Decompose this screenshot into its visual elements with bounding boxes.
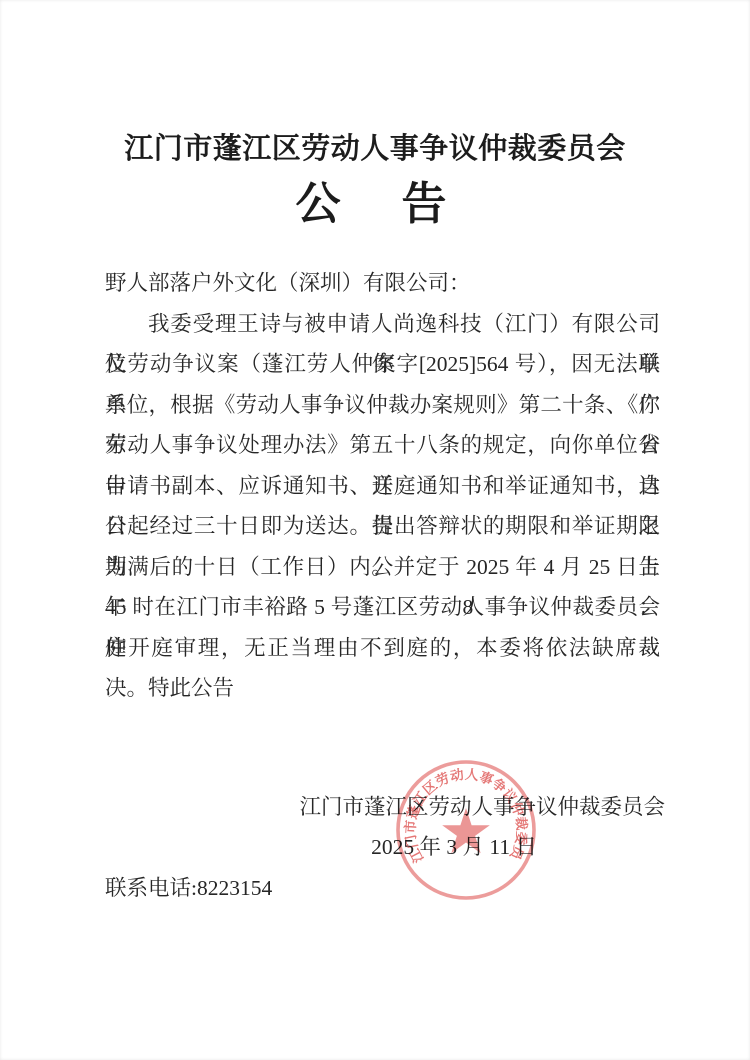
body-line: 特此公告: [105, 668, 660, 709]
body-line: 我委受理王诗与被申请人尚逸科技（江门）有限公司及你单: [105, 304, 660, 345]
announcement-document: 江门市蓬江区劳动人事争议仲裁委员会 公 告 野人部落户外文化（深圳）有限公司：我…: [0, 0, 750, 1060]
body-text: 野人部落户外文化（深圳）有限公司：我委受理王诗与被申请人尚逸科技（江门）有限公司…: [105, 263, 660, 709]
body-line: 位劳动争议案（蓬江劳人仲案字[2025]564 号），因无法联系你: [105, 344, 660, 385]
official-seal: 江门市蓬江区劳动人事争议仲裁委员会: [391, 755, 541, 905]
seal-ring-text: 江门市蓬江区劳动人事争议仲裁委员会: [391, 755, 530, 866]
body-line: 申请书副本、应诉通知书、开庭通知书和举证通知书，自公告之: [105, 466, 660, 507]
body-line: 野人部落户外文化（深圳）有限公司：: [105, 263, 660, 304]
body-line: 45 时在江门市丰裕路 5 号蓬江区劳动人事争议仲裁委员会仲裁: [105, 587, 660, 628]
body-line: 单位，根据《劳动人事争议仲裁办案规则》第二十条、《广东省: [105, 385, 660, 426]
doc-title: 公 告: [0, 167, 750, 232]
body-line: 日起经过三十日即为送达。提出答辩状的期限和举证期限为公告: [105, 506, 660, 547]
contact-phone: 联系电话:8223154: [105, 869, 272, 907]
signature-org: 江门市蓬江区劳动人事争议仲裁委员会: [0, 787, 665, 827]
org-title: 江门市蓬江区劳动人事争议仲裁委员会: [0, 126, 750, 167]
seal-star: [442, 808, 490, 853]
body-line: 庭开庭审理，无正当理由不到庭的，本委将依法缺席裁决。: [105, 628, 660, 669]
body-line: 期满后的十日（工作日）内。并定于 2025 年 4 月 25 日上午 8：: [105, 547, 660, 588]
body-line: 劳动人事争议处理办法》第五十八条的规定，向你单位公告送达: [105, 425, 660, 466]
